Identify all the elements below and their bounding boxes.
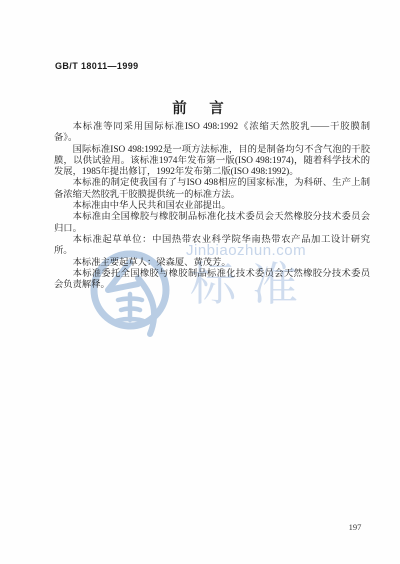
foreword-paragraph: 本标准起草单位：中国热带农业科学院华南热带农产品加工设计研究所。 [54,235,370,258]
foreword-paragraph: 本标准等同采用国际标准ISO 498:1992《浓缩天然胶乳——干胶膜制备》。 [54,122,370,145]
foreword-paragraph: 本标准委托全国橡胶与橡胶制品标准化技术委员会天然橡胶分技术委员会负责解释。 [54,269,370,292]
document-page: Jinbiaozhun.com 标准 GB/T 18011—1999 前 言 本… [0,0,400,564]
page-number: 197 [340,522,370,532]
foreword-paragraph: 国际标准ISO 498:1992是一项方法标准，目的是制备均匀不含气泡的干胶膜，… [54,145,370,179]
foreword-paragraph: 本标准由全国橡胶与橡胶制品标准化技术委员会天然橡胶分技术委员会归口。 [54,212,370,235]
foreword-paragraph: 本标准主要起草人：梁森厦、黄茂芳。 [54,258,370,269]
foreword-paragraph: 本标准的制定使我国有了与ISO 498相应的国家标准，为科研、生产上制备浓缩天然… [54,178,370,201]
standard-code: GB/T 18011—1999 [55,61,139,71]
foreword-body: 本标准等同采用国际标准ISO 498:1992《浓缩天然胶乳——干胶膜制备》。 … [54,122,370,291]
foreword-paragraph: 本标准由中华人民共和国农业部提出。 [54,201,370,212]
foreword-title: 前 言 [0,97,400,118]
